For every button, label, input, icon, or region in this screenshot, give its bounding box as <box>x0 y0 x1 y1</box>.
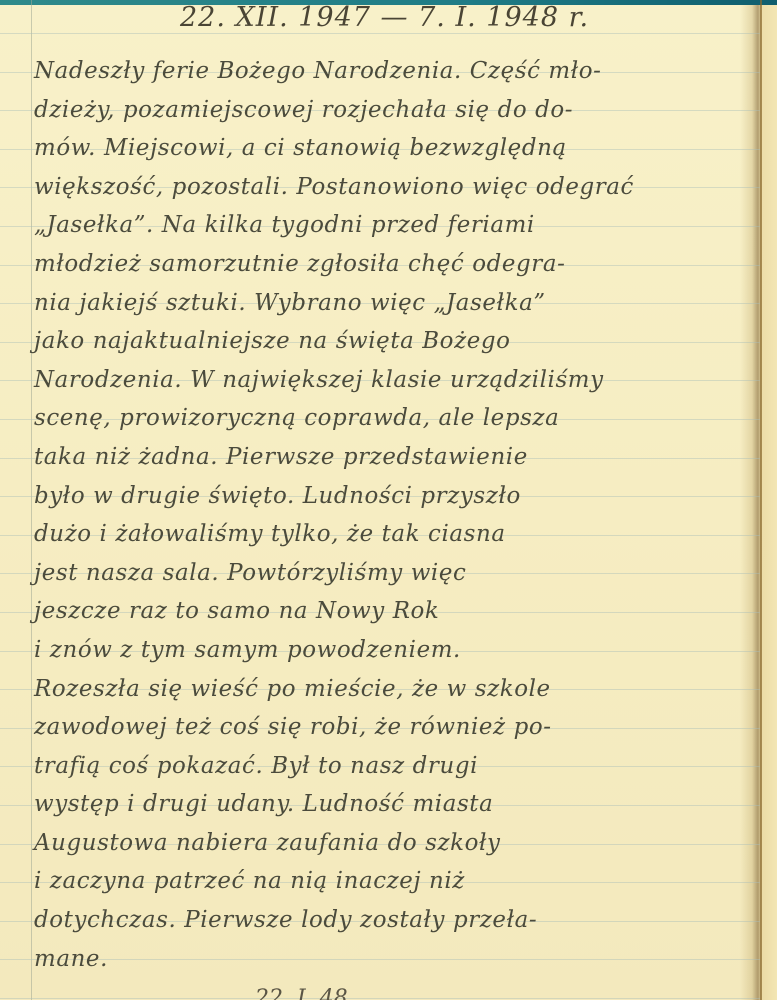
ruled-line <box>0 998 760 999</box>
text-line: mów. Miejscowi, a ci stanowią bezwzględn… <box>34 129 746 168</box>
next-entry-date-partial: 22. I. 48 <box>255 988 348 1000</box>
text-line: i znów z tym samym powodzeniem. <box>34 631 746 670</box>
text-line: Augustowa nabiera zaufania do szkoły <box>34 824 746 863</box>
text-line: Rozeszła się wieść po mieście, że w szko… <box>34 670 746 709</box>
text-line: jeszcze raz to samo na Nowy Rok <box>34 592 746 631</box>
text-line: jako najaktualniejsze na święta Bożego <box>34 322 746 361</box>
text-line: trafią coś pokazać. Był to nasz drugi <box>34 747 746 786</box>
ruled-line <box>0 33 760 34</box>
text-line: scenę, prowizoryczną coprawda, ale lepsz… <box>34 399 746 438</box>
text-line: jest nasza sala. Powtórzyliśmy więc <box>34 554 746 593</box>
text-line: taka niż żadna. Pierwsze przedstawienie <box>34 438 746 477</box>
text-line: mane. <box>34 940 746 979</box>
handwritten-text-body: Nadeszły ferie Bożego Narodzenia. Część … <box>34 52 749 978</box>
text-line: nia jakiejś sztuki. Wybrano więc „Jasełk… <box>34 284 746 323</box>
text-line: młodzież samorzutnie zgłosiła chęć odegr… <box>34 245 746 284</box>
text-line: większość, pozostali. Postanowiono więc … <box>34 168 746 207</box>
text-line: zawodowej też coś się robi, że również p… <box>34 708 746 747</box>
text-line: dzieży, pozamiejscowej rozjechała się do… <box>34 91 746 130</box>
page-binding-edge <box>760 0 762 1000</box>
text-line: Nadeszły ferie Bożego Narodzenia. Część … <box>34 52 746 91</box>
text-line: występ i drugi udany. Ludność miasta <box>34 785 746 824</box>
text-line: Narodzenia. W największej klasie urządzi… <box>34 361 746 400</box>
text-line: i zaczyna patrzeć na nią inaczej niż <box>34 862 746 901</box>
entry-date-header: 22. XII. 1947 — 7. I. 1948 r. <box>180 2 589 33</box>
text-line: „Jasełka”. Na kilka tygodni przed feriam… <box>34 206 746 245</box>
diary-page: 22. XII. 1947 — 7. I. 1948 r. Nadeszły f… <box>0 0 777 1000</box>
text-line: dużo i żałowaliśmy tylko, że tak ciasna <box>34 515 746 554</box>
text-line: dotychczas. Pierwsze lody zostały przeła… <box>34 901 746 940</box>
margin-line <box>31 0 32 1000</box>
text-line: było w drugie święto. Ludności przyszło <box>34 477 746 516</box>
